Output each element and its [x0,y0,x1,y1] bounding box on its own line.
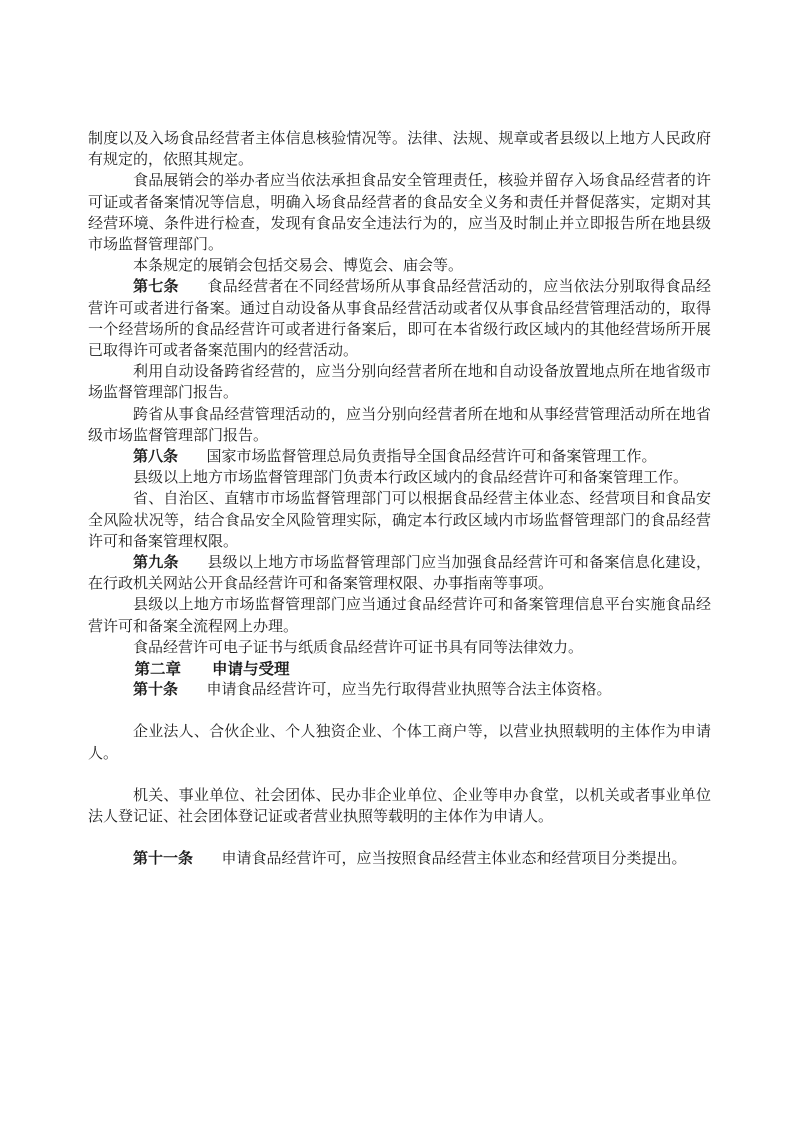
paragraph-local-authority-duty: 县级以上地方市场监督管理部门负责本行政区域内的食品经营许可和备案管理工作。 [88,468,711,489]
article-8-label: 第八条 [133,449,178,465]
article-7-label: 第七条 [133,279,179,295]
paragraph-exhibition-scope: 本条规定的展销会包括交易会、博览会、庙会等。 [88,256,711,277]
article-9-label: 第九条 [133,555,179,571]
paragraph-enterprise-applicant: 企业法人、合伙企业、个人独资企业、个体工商户等，以营业执照载明的主体作为申请人。 [88,722,711,764]
paragraph-article-8: 第八条国家市场监督管理总局负责指导全国食品经营许可和备案管理工作。 [88,447,711,468]
section-chapter-2-body: 第十条申请食品经营许可，应当先行取得营业执照等合法主体资格。 企业法人、合伙企业… [88,680,711,870]
article-10-text: 申请食品经营许可，应当先行取得营业执照等合法主体资格。 [207,682,612,698]
paragraph-exhibition-organizer: 食品展销会的举办者应当依法承担食品安全管理责任，核验并留存入场食品经营者的许可证… [88,171,711,256]
paragraph-provincial-authority: 省、自治区、直辖市市场监督管理部门可以根据食品经营主体业态、经营项目和食品安全风… [88,489,711,553]
article-8-text: 国家市场监督管理总局负责指导全国食品经营许可和备案管理工作。 [207,449,657,465]
paragraph-article-11: 第十一条申请食品经营许可，应当按照食品经营主体业态和经营项目分类提出。 [88,849,711,870]
document-page: 制度以及入场食品经营者主体信息核验情况等。法律、法规、规章或者县级以上地方人民政… [0,0,794,1122]
paragraph-online-platform: 县级以上地方市场监督管理部门应当通过食品经营许可和备案管理信息平台实施食品经营许… [88,595,711,637]
section-chapter-1-body: 制度以及入场食品经营者主体信息核验情况等。法律、法规、规章或者县级以上地方人民政… [88,129,711,659]
paragraph-canteen-applicant: 机关、事业单位、社会团体、民办非企业单位、企业等申办食堂，以机关或者事业单位法人… [88,786,711,828]
chapter-2-title: 申请与受理 [212,661,290,678]
paragraph-e-certificate: 食品经营许可电子证书与纸质食品经营许可证书具有同等法律效力。 [88,638,711,659]
article-11-label: 第十一条 [133,851,193,867]
chapter-2-number: 第二章 [135,661,182,678]
paragraph-article-10: 第十条申请食品经营许可，应当先行取得营业执照等合法主体资格。 [88,680,711,701]
paragraph-continuation: 制度以及入场食品经营者主体信息核验情况等。法律、法规、规章或者县级以上地方人民政… [88,129,711,171]
paragraph-article-7: 第七条食品经营者在不同经营场所从事食品经营活动的，应当依法分别取得食品经营许可或… [88,277,711,362]
paragraph-article-9: 第九条县级以上地方市场监督管理部门应当加强食品经营许可和备案信息化建设，在行政机… [88,553,711,595]
document-content: 制度以及入场食品经营者主体信息核验情况等。法律、法规、规章或者县级以上地方人民政… [88,129,711,892]
paragraph-cross-province-report: 跨省从事食品经营管理活动的，应当分别向经营者所在地和从事经营管理活动所在地省级市… [88,405,711,447]
article-9-text: 县级以上地方市场监督管理部门应当加强食品经营许可和备案信息化建设，在行政机关网站… [88,555,711,592]
article-7-text: 食品经营者在不同经营场所从事食品经营活动的，应当依法分别取得食品经营许可或者进行… [88,279,711,359]
paragraph-auto-device-report: 利用自动设备跨省经营的，应当分别向经营者所在地和自动设备放置地点所在地省级市场监… [88,362,711,404]
chapter-2-heading: 第二章申请与受理 [88,659,711,680]
article-11-text: 申请食品经营许可，应当按照食品经营主体业态和经营项目分类提出。 [222,851,687,867]
article-10-label: 第十条 [133,682,178,698]
